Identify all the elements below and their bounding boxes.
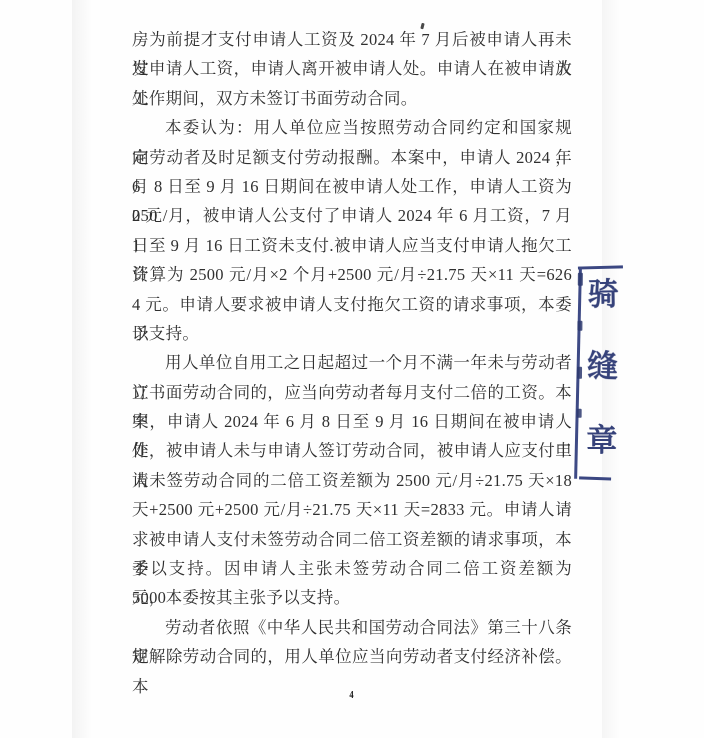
text-line: 元，本委按其主张予以支持。	[132, 583, 572, 612]
text-line: 0 元/月，被申请人公支付了申请人 2024 年 6 月工资，7 月 1	[132, 201, 572, 230]
text-line: 定解除劳动合同的，用人单位应当向劳动者支付经济补偿。本	[132, 642, 572, 671]
paper-fold-shading-left	[72, 0, 92, 738]
text-line: 计算为 2500 元/月×2 个月+2500 元/月÷21.75 天×11 天=…	[132, 260, 572, 289]
stamp-character: 章	[586, 425, 617, 456]
stamp-character: 缝	[587, 351, 619, 383]
text-line: 工作期间，双方未签订书面劳动合同。	[132, 84, 572, 113]
seam-seal-stamp: 骑缝章	[575, 263, 631, 485]
text-line: 月 8 日至 9 月 16 日期间在被申请人处工作，申请人工资为 250	[132, 172, 572, 201]
text-line: 天+2500 元+2500 元/月÷21.75 天×11 天=2833 元。申请…	[132, 495, 572, 524]
text-line: 过申请人工资，申请人离开被申请人处。申请人在被申请人处	[132, 54, 572, 83]
text-line: 予以支持。因申请人主张未签劳动合同二倍工资差额为 5000	[132, 554, 572, 583]
text-line: 本委认为：用人单位应当按照劳动合同约定和国家规定，	[132, 113, 572, 142]
text-line: 用人单位自用工之日起超过一个月不满一年未与劳动者订	[132, 348, 572, 377]
text-line: 立书面劳动合同的，应当向劳动者每月支付二倍的工资。本案	[132, 378, 572, 407]
text-line: 作，被申请人未与申请人签订劳动合同，被申请人应支付申请	[132, 436, 572, 465]
text-line: 人未签劳动合同的二倍工资差额为 2500 元/月÷21.75 天×18	[132, 466, 572, 495]
text-line: 4 元。申请人要求被申请人支付拖欠工资的请求事项，本委予	[132, 290, 572, 319]
text-line: 向劳动者及时足额支付劳动报酬。本案中，申请人 2024 年 6	[132, 143, 572, 172]
document-page: 房为前提才支付申请人工资及 2024 年 7 月后被申请人再未发放过申请人工资，…	[0, 0, 704, 738]
text-line: 日至 9 月 16 日工资未支付.被申请人应当支付申请人拖欠工资	[132, 231, 572, 260]
stamp-character: 骑	[587, 279, 619, 311]
text-line: 房为前提才支付申请人工资及 2024 年 7 月后被申请人再未发放	[132, 25, 572, 54]
text-line: 求被申请人支付未签劳动合同二倍工资差额的请求事项，本委	[132, 525, 572, 554]
stamp-characters: 骑缝章	[575, 263, 631, 485]
text-line: 劳动者依照《中华人民共和国劳动合同法》第三十八条规	[132, 613, 572, 642]
document-text-body: 房为前提才支付申请人工资及 2024 年 7 月后被申请人再未发放过申请人工资，…	[132, 25, 572, 672]
text-line: 中，申请人 2024 年 6 月 8 日至 9 月 16 日期间在被申请人处工	[132, 407, 572, 436]
page-number: 4	[349, 690, 353, 701]
text-line: 以支持。	[132, 319, 572, 348]
